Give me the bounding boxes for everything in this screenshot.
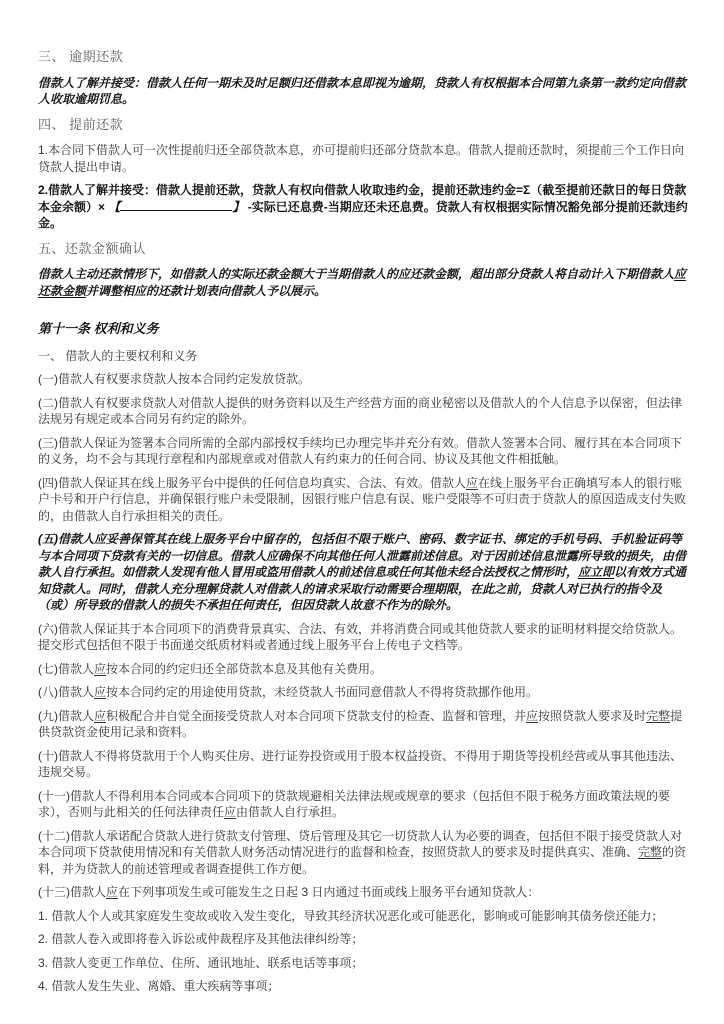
text-segment: 应立即 xyxy=(578,565,614,579)
text-segment: 借款人了解并接受：借款人任何一期未及时足额归还借款本息即视为逾期，贷款人有权根据… xyxy=(38,76,686,107)
text-segment: 完整 xyxy=(646,709,670,723)
text-segment: 4. 借款人发生失业、离婚、重大疾病等事项； xyxy=(38,979,279,993)
clause-9: (九)借款人应积极配合并自觉全面接受贷款人对本合同项下贷款支付的检查、监督和管理… xyxy=(38,708,688,741)
heading-repayment-amount-confirmation: 五、还款金额确认 xyxy=(38,241,688,258)
text-segment: 1. 借款人个人或其家庭发生变故或收入发生变化，导致其经济状况恶化或可能恶化，影… xyxy=(38,909,663,923)
text-segment: (四)借款人保证其在线上服务平台中提供的任何信息均真实、合法、有效。借款人 xyxy=(38,476,466,490)
text-segment: 应 xyxy=(94,685,106,699)
text-segment: (十三)借款人 xyxy=(38,885,106,899)
text-segment: 借款人主动还款情形下，如借款人的实际还款金额大于当期借款人的应还款金额，超出部分… xyxy=(38,267,674,281)
heading-overdue-repayment: 三、 逾期还款 xyxy=(38,49,688,66)
text-segment: (十一)借款人不得利用本合同或本合同项下的贷款规避相关法律法规或规章的要求（包括… xyxy=(38,789,670,820)
text-segment: (三)借款人保证为签署本合同所需的全部内部授权手续均已办理完毕并充分有效。借款人… xyxy=(38,436,682,467)
text-segment: 三、 逾期还款 xyxy=(38,49,123,64)
notify-item-2: 2. 借款人卷入或即将卷入诉讼或仲裁程序及其他法律纠纷等； xyxy=(38,931,688,948)
clause-1: (一)借款人有权要求贷款人按本合同约定发放贷款。 xyxy=(38,371,688,388)
text-segment: 【 xyxy=(108,200,120,214)
text-segment: 2. 借款人卷入或即将卷入诉讼或仲裁程序及其他法律纠纷等； xyxy=(38,932,363,946)
text-segment: 应 xyxy=(94,709,106,723)
text-segment: 应 xyxy=(106,885,118,899)
text-segment: (八)借款人 xyxy=(38,685,94,699)
para-early-repayment-1: 1.本合同下借款人可一次性提前归还全部贷款本息，亦可提前归还部分贷款本息。借款人… xyxy=(38,142,688,175)
clause-8: (八)借款人应按本合同约定的用途使用贷款，未经贷款人书面同意借款人不得将贷款挪作… xyxy=(38,684,688,701)
text-segment: 】 xyxy=(232,200,244,214)
clause-2: (二)借款人有权要求贷款人对借款人提供的财务资料以及生产经营方面的商业秘密以及借… xyxy=(38,395,688,428)
text-segment: 并调整相应的还款计划表向借款人予以展示。 xyxy=(86,284,326,298)
heading-article-11: 第十一条 权利和义务 xyxy=(38,321,688,338)
text-segment: (七)借款人 xyxy=(38,662,94,676)
para-overdue-acknowledgement: 借款人了解并接受：借款人任何一期未及时足额归还借款本息即视为逾期，贷款人有权根据… xyxy=(38,75,688,108)
text-segment: 第十一条 权利和义务 xyxy=(38,321,159,336)
fill-in-blank xyxy=(120,199,232,211)
text-segment: 五、还款金额确认 xyxy=(38,241,146,256)
heading-early-repayment: 四、 提前还款 xyxy=(38,117,688,134)
contract-body: 三、 逾期还款借款人了解并接受：借款人任何一期未及时足额归还借款本息即视为逾期，… xyxy=(38,49,688,995)
clause-7: (七)借款人应按本合同的约定归还全部贷款本息及其他有关费用。 xyxy=(38,661,688,678)
text-segment: (十)借款人不得将贷款用于个人购买住房、进行证券投资或用于股本权益投资、不得用于… xyxy=(38,749,682,780)
text-segment: 完整 xyxy=(638,845,662,859)
text-segment: 按本合同的约定归还全部贷款本息及其他有关费用。 xyxy=(106,662,382,676)
text-segment: 按本合同约定的用途使用贷款，未经贷款人书面同意借款人不得将贷款挪作他用。 xyxy=(106,685,538,699)
clause-10: (十)借款人不得将贷款用于个人购买住房、进行证券投资或用于股本权益投资、不得用于… xyxy=(38,748,688,781)
text-segment: 应 xyxy=(526,709,538,723)
notify-item-4: 4. 借款人发生失业、离婚、重大疾病等事项； xyxy=(38,978,688,995)
para-repayment-amount-confirmation: 借款人主动还款情形下，如借款人的实际还款金额大于当期借款人的应还款金额，超出部分… xyxy=(38,266,688,299)
text-segment: (九)借款人 xyxy=(38,709,94,723)
text-segment: 积极配合并自觉全面接受贷款人对本合同项下贷款支付的检查、监督和管理，并 xyxy=(106,709,526,723)
clause-4: (四)借款人保证其在线上服务平台中提供的任何信息均真实、合法、有效。借款人应在线… xyxy=(38,475,688,525)
text-segment: 1.本合同下借款人可一次性提前归还全部贷款本息，亦可提前归还部分贷款本息。借款人… xyxy=(38,143,684,174)
clause-11: (十一)借款人不得利用本合同或本合同项下的贷款规避相关法律法规或规章的要求（包括… xyxy=(38,788,688,821)
text-segment: (六)借款人保证其于本合同项下的消费背景真实、合法、有效，并将消费合同或其他贷款… xyxy=(38,622,682,653)
text-segment: (十二)借款人承诺配合贷款人进行贷款支付管理、贷后管理及其它一切贷款人认为必要的… xyxy=(38,829,682,860)
text-segment: 四、 提前还款 xyxy=(38,117,123,132)
clause-3: (三)借款人保证为签署本合同所需的全部内部授权手续均已办理完毕并充分有效。借款人… xyxy=(38,435,688,468)
text-segment: 按照贷款人要求及时 xyxy=(538,709,646,723)
para-early-repayment-2: 2.借款人了解并接受：借款人提前还款，贷款人有权向借款人收取违约金，提前还款违约… xyxy=(38,182,688,232)
clause-13: (十三)借款人应在下列事项发生或可能发生之日起 3 日内通过书面或线上服务平台通… xyxy=(38,884,688,901)
text-segment: 应 xyxy=(94,662,106,676)
text-segment: 由借款人自行承担。 xyxy=(236,805,344,819)
notify-item-1: 1. 借款人个人或其家庭发生变故或收入发生变化，导致其经济状况恶化或可能恶化，影… xyxy=(38,908,688,925)
clause-12: (十二)借款人承诺配合贷款人进行贷款支付管理、贷后管理及其它一切贷款人认为必要的… xyxy=(38,828,688,878)
para-borrower-rights-title: 一、 借款人的主要权利和义务 xyxy=(38,348,688,365)
clause-6: (六)借款人保证其于本合同项下的消费背景真实、合法、有效，并将消费合同或其他贷款… xyxy=(38,621,688,654)
contract-page: 三、 逾期还款借款人了解并接受：借款人任何一期未及时足额归还借款本息即视为逾期，… xyxy=(0,0,724,1024)
text-segment: 在下列事项发生或可能发生之日起 3 日内通过书面或线上服务平台通知贷款人： xyxy=(118,885,539,899)
text-segment: 应 xyxy=(224,805,236,819)
text-segment: 应 xyxy=(466,476,478,490)
clause-5: (五)借款人应妥善保管其在线上服务平台中留存的，包括但不限于账户、密码、数字证书… xyxy=(38,531,688,614)
text-segment: 一、 借款人的主要权利和义务 xyxy=(38,349,197,363)
notify-item-3: 3. 借款人变更工作单位、住所、通讯地址、联系电话等事项； xyxy=(38,955,688,972)
text-segment: (二)借款人有权要求贷款人对借款人提供的财务资料以及生产经营方面的商业秘密以及借… xyxy=(38,396,682,427)
text-segment: 3. 借款人变更工作单位、住所、通讯地址、联系电话等事项； xyxy=(38,956,363,970)
text-segment: (一)借款人有权要求贷款人按本合同约定发放贷款。 xyxy=(38,372,310,386)
